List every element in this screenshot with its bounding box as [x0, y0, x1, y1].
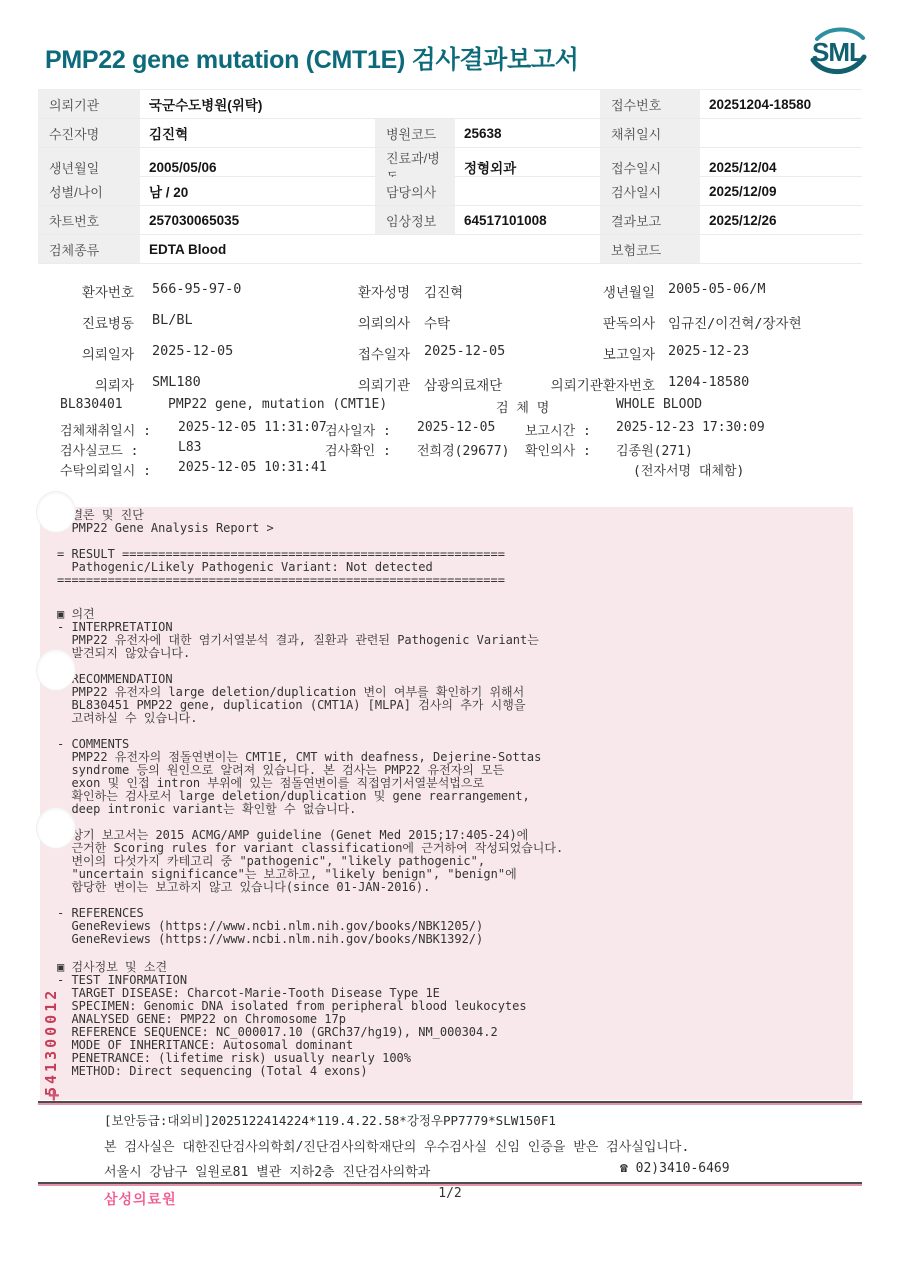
field-label: 보고시간 :: [525, 420, 591, 439]
patient-summary-row: 진료병동 BL/BL 의뢰의사 수탁 판독의사 임규진/이건혁/장자현: [0, 312, 900, 332]
table-row: 생년월일 2005/05/06 진료과/병동 정형외과 접수일시 2025/12…: [38, 148, 862, 177]
punch-hole: [36, 649, 76, 691]
table-row: 검체종류 EDTA Blood 보험코드: [38, 235, 862, 264]
patient-summary-row: 의뢰일자 2025-12-05 접수일자 2025-12-05 보고일자 202…: [0, 343, 900, 363]
logo-text: SML: [812, 37, 865, 67]
footer-divider-top: [38, 1101, 862, 1105]
table-label: 차트번호: [38, 206, 140, 234]
field-label: 접수일자: [328, 343, 410, 363]
table-label: 결과보고: [600, 206, 700, 234]
table-value: 2025/12/26: [700, 206, 862, 234]
field-value: 566-95-97-0: [152, 281, 241, 297]
page-title: PMP22 gene mutation (CMT1E) 검사결과보고서: [45, 40, 579, 76]
lab-report-page: PMP22 gene mutation (CMT1E) 검사결과보고서 SML …: [0, 0, 900, 1271]
field-value: 2025-12-23: [668, 343, 749, 359]
security-line: [보안등급:대외비]2025122414224*119.4.22.58*강정우P…: [104, 1111, 556, 1129]
field-label: 환자번호: [38, 281, 134, 301]
conclusion-section: ▣ 결론 및 진단 < PMP22 Gene Analysis Report >…: [57, 509, 505, 587]
field-value: 2025-12-23 17:30:09: [616, 420, 765, 435]
phone-icon: ☎: [620, 1161, 628, 1176]
table-row: 의뢰기관 국군수도병원(위탁) 접수번호 20251204-18580: [38, 90, 862, 119]
field-value: 2025-12-05: [152, 343, 233, 359]
field-label: 보고일자: [468, 343, 655, 363]
field-label: 확인의사 :: [525, 440, 591, 459]
field-value: 수탁: [424, 312, 450, 332]
table-row: 차트번호 257030065035 임상정보 64517101008 결과보고 …: [38, 206, 862, 235]
field-label: 진료병동: [38, 312, 134, 332]
table-value: [455, 177, 600, 205]
table-value: [700, 119, 862, 147]
field-label: 검사실코드 :: [60, 440, 138, 459]
table-label: 검사일시: [600, 177, 700, 205]
punch-hole: [36, 807, 76, 849]
table-value: [700, 235, 862, 263]
lab-address: 서울시 강남구 일원로81 별관 지하2층 진단검사의학과: [104, 1161, 430, 1180]
field-value: 2025-12-05 10:31:41: [178, 460, 327, 475]
table-label: 접수번호: [600, 90, 700, 118]
field-value: 김종원(271): [616, 440, 693, 459]
field-label: 의뢰기관환자번호: [468, 374, 655, 394]
esign-note: (전자서명 대체함): [633, 460, 744, 479]
field-label: 환자성명: [328, 281, 410, 301]
table-label: 채취일시: [600, 119, 700, 147]
field-label: 의뢰의사: [328, 312, 410, 332]
specimen-row: 검사실코드 : L83 검사확인 : 전희경(29677) 확인의사 : 김종원…: [0, 440, 900, 458]
table-value: 김진혁: [140, 119, 375, 147]
field-label: 검체채취일시 :: [60, 420, 151, 439]
accreditation-note: 본 검사실은 대한진단검사의학회/진단검사의학재단의 우수검사실 신임 인증을 …: [104, 1136, 689, 1155]
opinion-section: ▣ 의견 - INTERPRETATION PMP22 유전자에 대한 염기서열…: [57, 608, 563, 946]
field-label: 의뢰자: [38, 374, 134, 394]
test-code: BL830401: [60, 397, 123, 412]
field-label: 검 체 명: [496, 397, 549, 416]
field-value: L83: [178, 440, 201, 455]
table-row: 수진자명 김진혁 병원코드 25638 채취일시: [38, 119, 862, 148]
table-row: 성별/나이 남 / 20 담당의사 검사일시 2025/12/09: [38, 177, 862, 206]
patient-info-table: 의뢰기관 국군수도병원(위탁) 접수번호 20251204-18580 수진자명…: [38, 89, 862, 264]
table-value: 25638: [455, 119, 600, 147]
table-label: 의뢰기관: [38, 90, 140, 118]
field-value: BL/BL: [152, 312, 193, 328]
table-label: 임상정보: [375, 206, 455, 234]
specimen-row: BL830401 PMP22 gene, mutation (CMT1E) 검 …: [0, 397, 900, 415]
table-value: 257030065035: [140, 206, 375, 234]
patient-summary-row: 의뢰자 SML180 의뢰기관 삼광의료재단 의뢰기관환자번호 1204-185…: [0, 374, 900, 394]
page-number: 1/2: [38, 1186, 862, 1201]
field-label: 생년월일: [468, 281, 655, 301]
table-value: 2025/12/09: [700, 177, 862, 205]
field-label: 검사확인 :: [325, 440, 391, 459]
field-value: 2025-12-05: [417, 420, 495, 435]
table-label: 성별/나이: [38, 177, 140, 205]
table-value: 남 / 20: [140, 177, 375, 205]
table-label: 검체종류: [38, 235, 140, 263]
field-value: 1204-18580: [668, 374, 749, 390]
table-value: 20251204-18580: [700, 90, 862, 118]
field-label: 수탁의뢰일시 :: [60, 460, 151, 479]
sml-logo: SML: [804, 24, 872, 78]
field-value: 임규진/이건혁/장자현: [668, 312, 802, 332]
field-value: 전희경(29677): [417, 440, 509, 459]
field-value: WHOLE BLOOD: [616, 397, 702, 412]
field-value: 김진혁: [424, 281, 463, 301]
field-label: 의뢰기관: [328, 374, 410, 394]
test-name: PMP22 gene, mutation (CMT1E): [168, 397, 387, 412]
table-label: 보험코드: [600, 235, 700, 263]
punch-hole: [36, 491, 76, 533]
test-info-section: ▣ 검사정보 및 소견 - TEST INFORMATION TARGET DI…: [57, 961, 527, 1078]
patient-summary-row: 환자번호 566-95-97-0 환자성명 김진혁 생년월일 2005-05-0…: [0, 281, 900, 301]
table-value: 64517101008: [455, 206, 600, 234]
specimen-row: 검체채취일시 : 2025-12-05 11:31:07 검사일자 : 2025…: [0, 420, 900, 438]
field-label: 의뢰일자: [38, 343, 134, 363]
phone-number: 02)3410-6469: [636, 1161, 730, 1176]
table-label: 병원코드: [375, 119, 455, 147]
field-value: SML180: [152, 374, 201, 390]
field-label: 판독의사: [468, 312, 655, 332]
field-value: 2025-12-05 11:31:07: [178, 420, 327, 435]
table-label: 수진자명: [38, 119, 140, 147]
field-value: 2005-05-06/M: [668, 281, 766, 297]
table-value: 국군수도병원(위탁): [140, 90, 600, 118]
table-value: EDTA Blood: [140, 235, 600, 263]
phone-line: ☎ 02)3410-6469: [620, 1161, 730, 1176]
field-label: 검사일자 :: [325, 420, 391, 439]
table-label: 담당의사: [375, 177, 455, 205]
specimen-row: 수탁의뢰일시 : 2025-12-05 10:31:41 (전자서명 대체함): [0, 460, 900, 478]
